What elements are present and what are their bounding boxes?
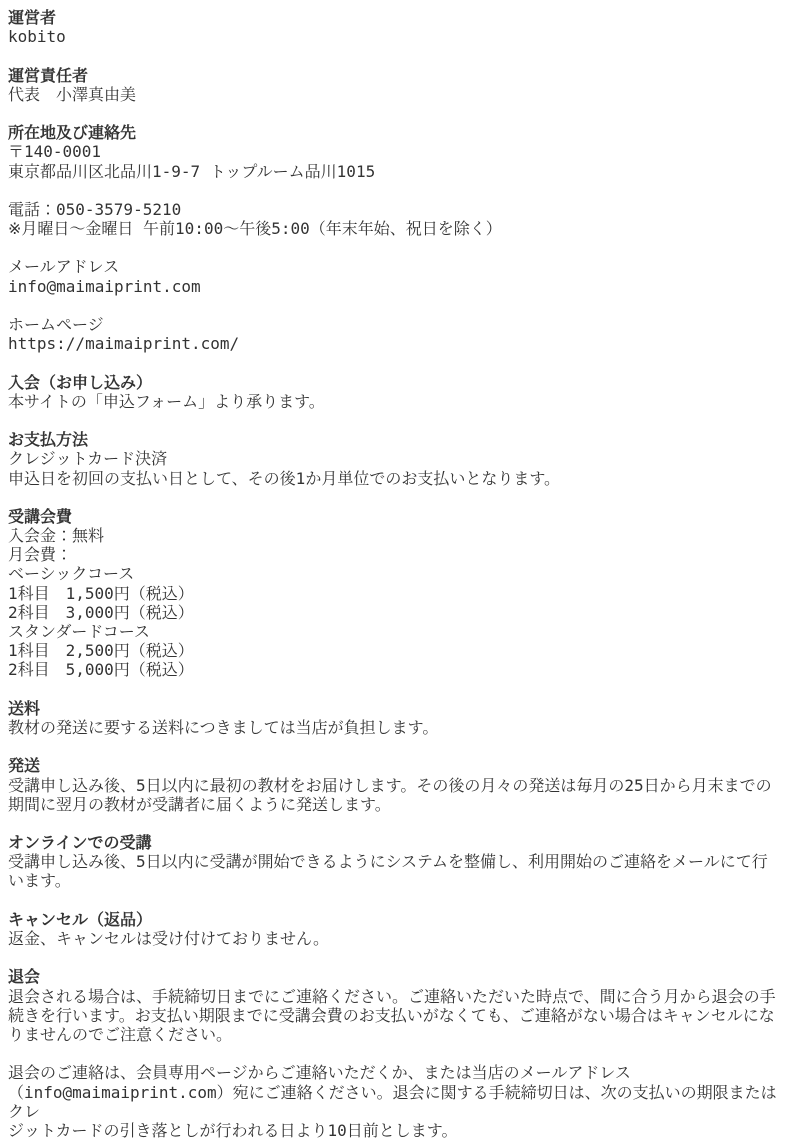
body-line: 返金、キャンセルは受け付けておりません。 xyxy=(8,929,329,948)
section-body: kobito xyxy=(8,27,785,46)
section-body: クレジットカード決済申込日を初回の支払い日として、その後1か月単位でのお支払いと… xyxy=(8,449,785,487)
section: 入会（お申し込み）本サイトの「申込フォーム」より承ります。 xyxy=(8,373,785,411)
body-line: ホームページ xyxy=(8,315,104,334)
body-line: https://maimaiprint.com/ xyxy=(8,334,239,353)
body-line: クレジットカード決済 xyxy=(8,449,167,468)
body-line: 退会される場合は、手続締切日までにご連絡ください。ご連絡いただいた時点で、間に合… xyxy=(8,987,776,1006)
section: キャンセル（返品）返金、キャンセルは受け付けておりません。 xyxy=(8,910,785,948)
body-line: kobito xyxy=(8,27,66,46)
section-body: 返金、キャンセルは受け付けておりません。 xyxy=(8,929,785,948)
section-heading: お支払方法 xyxy=(8,430,785,449)
section: 送料教材の発送に要する送料につきましては当店が負担します。 xyxy=(8,699,785,737)
body-line: 退会のご連絡は、会員専用ページからご連絡いただくか、または当店のメールアドレス xyxy=(8,1063,631,1082)
body-line: りませんのでご注意ください。 xyxy=(8,1025,232,1044)
section-body: 代表 小澤真由美 xyxy=(8,85,785,104)
section: 受講会費入会金：無料月会費：ベーシックコース1科目 1,500円（税込）2科目 … xyxy=(8,507,785,680)
section-body: ホームページhttps://maimaiprint.com/ xyxy=(8,315,785,353)
section-heading: 運営者 xyxy=(8,8,785,27)
section-body: 受講申し込み後、5日以内に最初の教材をお届けします。その後の月々の発送は毎月の2… xyxy=(8,776,785,814)
body-line: 電話：050-3579-5210 xyxy=(8,200,181,219)
section-heading: 退会 xyxy=(8,967,785,986)
body-line: 1科目 1,500円（税込） xyxy=(8,584,194,603)
page: { "page": { "background_color": "#ffffff… xyxy=(8,8,785,1140)
section: 退会のご連絡は、会員専用ページからご連絡いただくか、または当店のメールアドレス（… xyxy=(8,1063,785,1140)
body-line: 続きを行います。お支払い期限までに受講会費のお支払いがなくても、ご連絡がない場合… xyxy=(8,1006,775,1025)
section: ホームページhttps://maimaiprint.com/ xyxy=(8,315,785,353)
body-line: 期間に翌月の教材が受講者に届くように発送します。 xyxy=(8,795,391,814)
body-line: 教材の発送に要する送料につきましては当店が負担します。 xyxy=(8,718,438,737)
body-line: 代表 小澤真由美 xyxy=(8,85,136,104)
document: 運営者kobito運営責任者代表 小澤真由美所在地及び連絡先〒140-0001東… xyxy=(8,8,785,1140)
body-line: ※月曜日～金曜日 午前10:00～午後5:00（年末年始、祝日を除く） xyxy=(8,219,502,238)
body-line: 受講申し込み後、5日以内に受講が開始できるようにシステムを整備し、利用開始のご連… xyxy=(8,852,768,871)
section: 運営責任者代表 小澤真由美 xyxy=(8,66,785,104)
body-line: ベーシックコース xyxy=(8,564,134,583)
section-body: 〒140-0001東京都品川区北品川1-9-7 トップルーム品川1015 xyxy=(8,142,785,180)
section-heading: キャンセル（返品） xyxy=(8,910,785,929)
section-heading: 所在地及び連絡先 xyxy=(8,123,785,142)
section-heading: 受講会費 xyxy=(8,507,785,526)
section: 運営者kobito xyxy=(8,8,785,46)
body-line: います。 xyxy=(8,871,71,890)
section: メールアドレスinfo@maimaiprint.com xyxy=(8,257,785,295)
section: 発送受講申し込み後、5日以内に最初の教材をお届けします。その後の月々の発送は毎月… xyxy=(8,756,785,814)
section-body: 電話：050-3579-5210※月曜日～金曜日 午前10:00～午後5:00（… xyxy=(8,200,785,238)
body-line: （info@maimaiprint.com）宛にご連絡ください。退会に関する手続… xyxy=(8,1083,777,1121)
section: お支払方法クレジットカード決済申込日を初回の支払い日として、その後1か月単位での… xyxy=(8,430,785,488)
section-heading: 入会（お申し込み） xyxy=(8,373,785,392)
body-line: 東京都品川区北品川1-9-7 トップルーム品川1015 xyxy=(8,162,375,181)
body-line: メールアドレス xyxy=(8,257,119,276)
section: 電話：050-3579-5210※月曜日～金曜日 午前10:00～午後5:00（… xyxy=(8,200,785,238)
section-heading: オンラインでの受講 xyxy=(8,833,785,852)
section-body: 受講申し込み後、5日以内に受講が開始できるようにシステムを整備し、利用開始のご連… xyxy=(8,852,785,890)
section-heading: 運営責任者 xyxy=(8,66,785,85)
section-body: 退会される場合は、手続締切日までにご連絡ください。ご連絡いただいた時点で、間に合… xyxy=(8,987,785,1045)
section-body: 本サイトの「申込フォーム」より承ります。 xyxy=(8,392,785,411)
body-line: 1科目 2,500円（税込） xyxy=(8,641,194,660)
section: オンラインでの受講受講申し込み後、5日以内に受講が開始できるようにシステムを整備… xyxy=(8,833,785,891)
section: 退会退会される場合は、手続締切日までにご連絡ください。ご連絡いただいた時点で、間… xyxy=(8,967,785,1044)
section-heading: 発送 xyxy=(8,756,785,775)
body-line: 申込日を初回の支払い日として、その後1か月単位でのお支払いとなります。 xyxy=(8,469,560,488)
body-line: 入会金：無料 xyxy=(8,526,104,545)
body-line: スタンダードコース xyxy=(8,622,150,641)
section-heading: 送料 xyxy=(8,699,785,718)
body-line: 2科目 5,000円（税込） xyxy=(8,660,194,679)
body-line: 受講申し込み後、5日以内に最初の教材をお届けします。その後の月々の発送は毎月の2… xyxy=(8,776,772,795)
section-body: 入会金：無料月会費：ベーシックコース1科目 1,500円（税込）2科目 3,00… xyxy=(8,526,785,680)
body-line: 月会費： xyxy=(8,545,72,564)
section-body: 退会のご連絡は、会員専用ページからご連絡いただくか、または当店のメールアドレス（… xyxy=(8,1063,785,1140)
body-line: 〒140-0001 xyxy=(8,142,101,161)
body-line: 本サイトの「申込フォーム」より承ります。 xyxy=(8,392,325,411)
section-body: 教材の発送に要する送料につきましては当店が負担します。 xyxy=(8,718,785,737)
section-body: メールアドレスinfo@maimaiprint.com xyxy=(8,257,785,295)
body-line: info@maimaiprint.com xyxy=(8,277,201,296)
body-line: ジットカードの引き落としが行われる日より10日前とします。 xyxy=(8,1121,458,1140)
body-line: 2科目 3,000円（税込） xyxy=(8,603,194,622)
section: 所在地及び連絡先〒140-0001東京都品川区北品川1-9-7 トップルーム品川… xyxy=(8,123,785,181)
